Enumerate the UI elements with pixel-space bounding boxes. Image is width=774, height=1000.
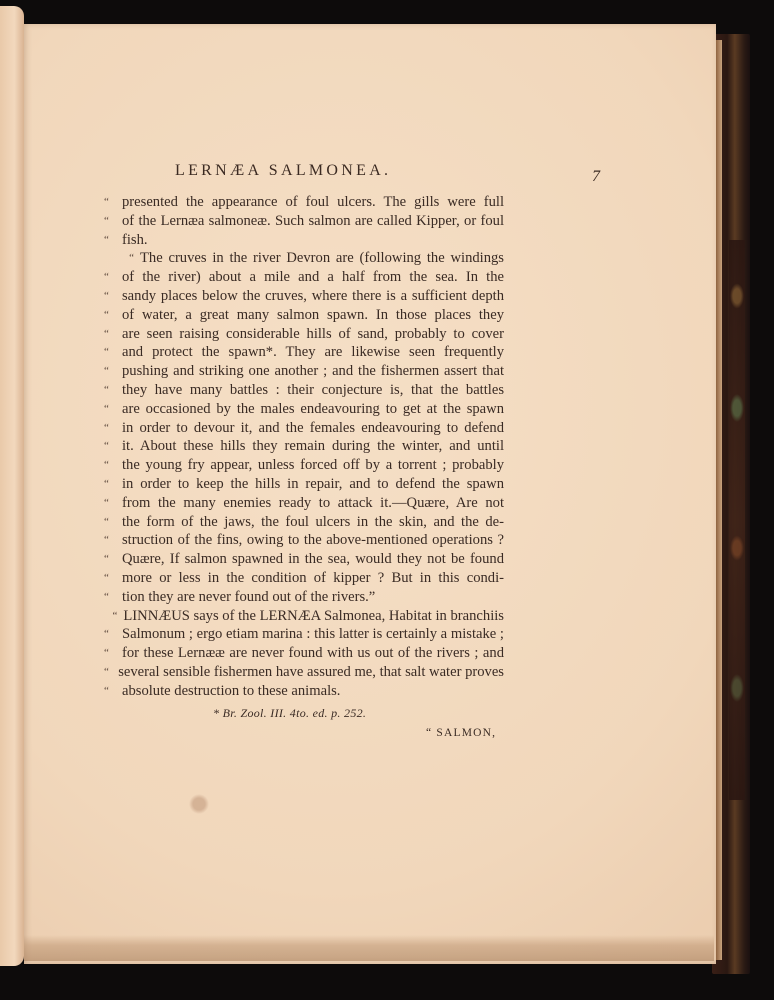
quote-mark: “ (104, 381, 122, 400)
quote-mark: “ (104, 287, 122, 306)
line-text: several sensible fishermen have assured … (118, 663, 504, 682)
text-line: “for these Lernææ are never found with u… (104, 644, 504, 663)
line-text: absolute destruction to these animals. (122, 682, 504, 701)
line-text: sandy places below the cruves, where the… (122, 287, 504, 306)
line-text: more or less in the condition of kipper … (122, 569, 504, 588)
text-line: “of the river) about a mile and a half f… (104, 268, 504, 287)
line-text: the form of the jaws, the foul ulcers in… (122, 513, 504, 532)
line-text: from the many enemies ready to attack it… (122, 494, 504, 513)
body-text: “presented the appearance of foul ulcers… (104, 193, 504, 701)
line-text: struction of the fins, owing to the abov… (122, 531, 504, 550)
line-text: tion they are never found out of the riv… (122, 588, 504, 607)
marbled-board-edge (729, 240, 745, 800)
line-text: are occasioned by the males endeavouring… (122, 400, 504, 419)
quote-mark: “ (104, 231, 122, 250)
quote-mark: “ (104, 663, 118, 682)
text-line: “fish. (104, 231, 504, 250)
quote-mark: “ (104, 456, 122, 475)
line-text: presented the appearance of foul ulcers.… (122, 193, 504, 212)
quote-mark: “ (104, 268, 122, 287)
catchword-text: “ SALMON, (426, 727, 496, 739)
page-bottom-edge (24, 935, 714, 961)
quote-mark: “ (104, 475, 122, 494)
text-line: “absolute destruction to these animals. (104, 682, 504, 701)
quote-mark: “ (104, 362, 122, 381)
text-line: “and protect the spawn*. They are likewi… (104, 343, 504, 362)
line-text: of the river) about a mile and a half fr… (122, 268, 504, 287)
page-number: 7 (592, 168, 600, 186)
text-line: “presented the appearance of foul ulcers… (104, 193, 504, 212)
text-line: “it. About these hills they remain durin… (104, 437, 504, 456)
text-line: “tion they are never found out of the ri… (104, 588, 504, 607)
quote-mark: “ (104, 306, 122, 325)
quote-mark: “ (104, 494, 122, 513)
text-line: “LINNÆUS says of the LERNÆA Salmonea, Ha… (104, 607, 504, 626)
text-line: “the young fry appear, unless forced off… (104, 456, 504, 475)
line-text: of water, a great many salmon spawn. In … (122, 306, 504, 325)
quote-mark: “ (104, 437, 122, 456)
quote-mark: “ (104, 419, 122, 438)
text-line: “of the Lernæa salmoneæ. Such salmon are… (104, 212, 504, 231)
line-text: Quære, If salmon spawned in the sea, wou… (122, 550, 504, 569)
quote-mark: “ (104, 607, 123, 626)
text-line: “are occasioned by the males endeavourin… (104, 400, 504, 419)
footnote: * Br. Zool. III. 4to. ed. p. 252. (213, 706, 366, 721)
quote-mark: “ (104, 625, 122, 644)
text-line: “of water, a great many salmon spawn. In… (104, 306, 504, 325)
text-line: “sandy places below the cruves, where th… (104, 287, 504, 306)
text-line: “several sensible fishermen have assured… (104, 663, 504, 682)
line-text: LINNÆUS says of the LERNÆA Salmonea, Hab… (123, 607, 504, 626)
running-head: LERNÆA SALMONEA. (175, 162, 391, 180)
text-line: “from the many enemies ready to attack i… (104, 494, 504, 513)
line-text: pushing and striking one another ; and t… (122, 362, 504, 381)
line-text: Salmonum ; ergo etiam marina : this latt… (122, 625, 504, 644)
text-line: “more or less in the condition of kipper… (104, 569, 504, 588)
line-text: they have many battles : their conjectur… (122, 381, 504, 400)
quote-mark: “ (104, 343, 122, 362)
left-page-leaf (0, 6, 24, 966)
line-text: in order to keep the hills in repair, an… (122, 475, 504, 494)
text-line: “are seen raising considerable hills of … (104, 325, 504, 344)
quote-mark: “ (104, 531, 122, 550)
line-text: the young fry appear, unless forced off … (122, 456, 504, 475)
text-line: “pushing and striking one another ; and … (104, 362, 504, 381)
quote-mark: “ (104, 400, 122, 419)
line-text: are seen raising considerable hills of s… (122, 325, 504, 344)
text-line: “they have many battles : their conjectu… (104, 381, 504, 400)
text-line: “Salmonum ; ergo etiam marina : this lat… (104, 625, 504, 644)
quote-mark: “ (104, 212, 122, 231)
text-line: “struction of the fins, owing to the abo… (104, 531, 504, 550)
line-text: it. About these hills they remain during… (122, 437, 504, 456)
quote-mark: “ (104, 569, 122, 588)
quote-mark: “ (104, 588, 122, 607)
text-line: “the form of the jaws, the foul ulcers i… (104, 513, 504, 532)
text-line: “Quære, If salmon spawned in the sea, wo… (104, 550, 504, 569)
quote-mark: “ (104, 550, 122, 569)
line-text: of the Lernæa salmoneæ. Such salmon are … (122, 212, 504, 231)
quote-mark: “ (104, 325, 122, 344)
quote-mark: “ (104, 249, 140, 268)
line-text: The cruves in the river Devron are (foll… (140, 249, 504, 268)
footnote-text: * Br. Zool. III. 4to. ed. p. 252. (213, 706, 366, 720)
quote-mark: “ (104, 193, 122, 212)
line-text: fish. (122, 231, 504, 250)
text-line: “The cruves in the river Devron are (fol… (104, 249, 504, 268)
line-text: and protect the spawn*. They are likewis… (122, 343, 504, 362)
quote-mark: “ (104, 513, 122, 532)
text-line: “in order to devour it, and the females … (104, 419, 504, 438)
quote-mark: “ (104, 644, 122, 663)
line-text: in order to devour it, and the females e… (122, 419, 504, 438)
quote-mark: “ (104, 682, 122, 701)
line-text: for these Lernææ are never found with us… (122, 644, 504, 663)
text-line: “in order to keep the hills in repair, a… (104, 475, 504, 494)
catchword: “ SALMON, (426, 727, 496, 739)
